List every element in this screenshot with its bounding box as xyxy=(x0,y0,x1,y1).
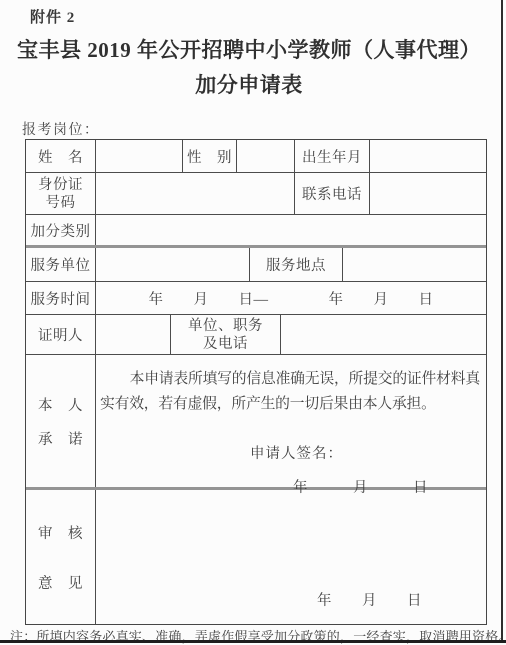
id-number-label-line2: 号码 xyxy=(46,194,76,212)
service-time-value-cell: 年 月 日— 年 月 日 xyxy=(96,282,486,314)
phone-value-cell xyxy=(370,173,486,214)
gender-label: 性 别 xyxy=(183,140,237,172)
table-row-review-opinion: 审 核 意 见 年 月 日 xyxy=(26,490,486,624)
review-date-line: 年 月 日 xyxy=(317,589,422,610)
review-opinion-label: 审 核 意 见 xyxy=(26,490,96,624)
table-row-id-phone: 身份证 号码 联系电话 xyxy=(26,173,486,215)
id-number-label-line1: 身份证 xyxy=(38,176,83,194)
position-field-label: 报考岗位： xyxy=(22,119,100,139)
service-unit-value-cell xyxy=(96,248,250,281)
table-row-witness: 证明人 单位、职务 及电话 xyxy=(26,315,486,355)
bonus-category-label: 加分类别 xyxy=(26,215,96,245)
service-time-label: 服务时间 xyxy=(26,282,96,314)
birth-date-value-cell xyxy=(370,140,486,172)
form-title: 宝丰县 2019 年公开招聘中小学教师（人事代理） 加分申请表 xyxy=(6,33,492,103)
promise-content-cell: 本申请表所填写的信息准确无误，所提交的证件材料真实有效，若有虚假，所产生的一切后… xyxy=(96,355,490,487)
bonus-category-value-cell xyxy=(96,215,486,245)
attachment-label: 附件 2 xyxy=(30,6,75,27)
witness-name-value-cell xyxy=(96,315,171,354)
witness-unit-title-line2: 及电话 xyxy=(203,335,248,353)
table-row-personal-promise: 本 人 承 诺 本申请表所填写的信息准确无误，所提交的证件材料真实有效，若有虚假… xyxy=(26,355,486,490)
table-row-bonus-category: 加分类别 xyxy=(26,215,486,248)
service-place-value-cell xyxy=(343,248,486,281)
review-label-line1: 审 核 xyxy=(38,522,83,543)
form-title-line1: 宝丰县 2019 年公开招聘中小学教师（人事代理） xyxy=(6,33,492,68)
witness-label: 证明人 xyxy=(26,315,96,354)
review-label-line2: 意 见 xyxy=(38,572,83,593)
birth-date-label: 出生年月 xyxy=(295,140,370,172)
form-title-line2: 加分申请表 xyxy=(6,68,492,103)
id-number-value-cell xyxy=(96,173,295,214)
name-label: 姓 名 xyxy=(26,140,96,172)
name-value-cell xyxy=(96,140,183,172)
table-row-basic-info: 姓 名 性 别 出生年月 xyxy=(26,140,486,173)
review-content-cell: 年 月 日 xyxy=(96,490,486,624)
scan-edge-right xyxy=(501,0,503,642)
scanned-form-page: 附件 2 宝丰县 2019 年公开招聘中小学教师（人事代理） 加分申请表 报考岗… xyxy=(0,0,506,645)
witness-unit-title-label: 单位、职务 及电话 xyxy=(171,315,281,354)
table-row-service-unit: 服务单位 服务地点 xyxy=(26,248,486,282)
promise-label-line2: 承 诺 xyxy=(38,428,83,449)
table-row-service-time: 服务时间 年 月 日— 年 月 日 xyxy=(26,282,486,315)
promise-label: 本 人 承 诺 xyxy=(26,355,96,487)
application-table: 姓 名 性 别 出生年月 身份证 号码 联系电话 加分类别 服务单位 服务 xyxy=(25,139,487,625)
id-number-label: 身份证 号码 xyxy=(26,173,96,214)
service-place-label: 服务地点 xyxy=(250,248,343,281)
phone-label: 联系电话 xyxy=(295,173,370,214)
witness-unit-title-line1: 单位、职务 xyxy=(188,317,263,335)
service-unit-label: 服务单位 xyxy=(26,248,96,281)
promise-statement: 本申请表所填写的信息准确无误，所提交的证件材料真实有效，若有虚假，所产生的一切后… xyxy=(100,367,484,417)
applicant-signature-label: 申请人签名： xyxy=(250,442,484,463)
scan-edge-bottom xyxy=(0,640,506,643)
witness-unit-value-cell xyxy=(281,315,486,354)
gender-value-cell xyxy=(237,140,295,172)
promise-label-line1: 本 人 xyxy=(38,394,83,415)
